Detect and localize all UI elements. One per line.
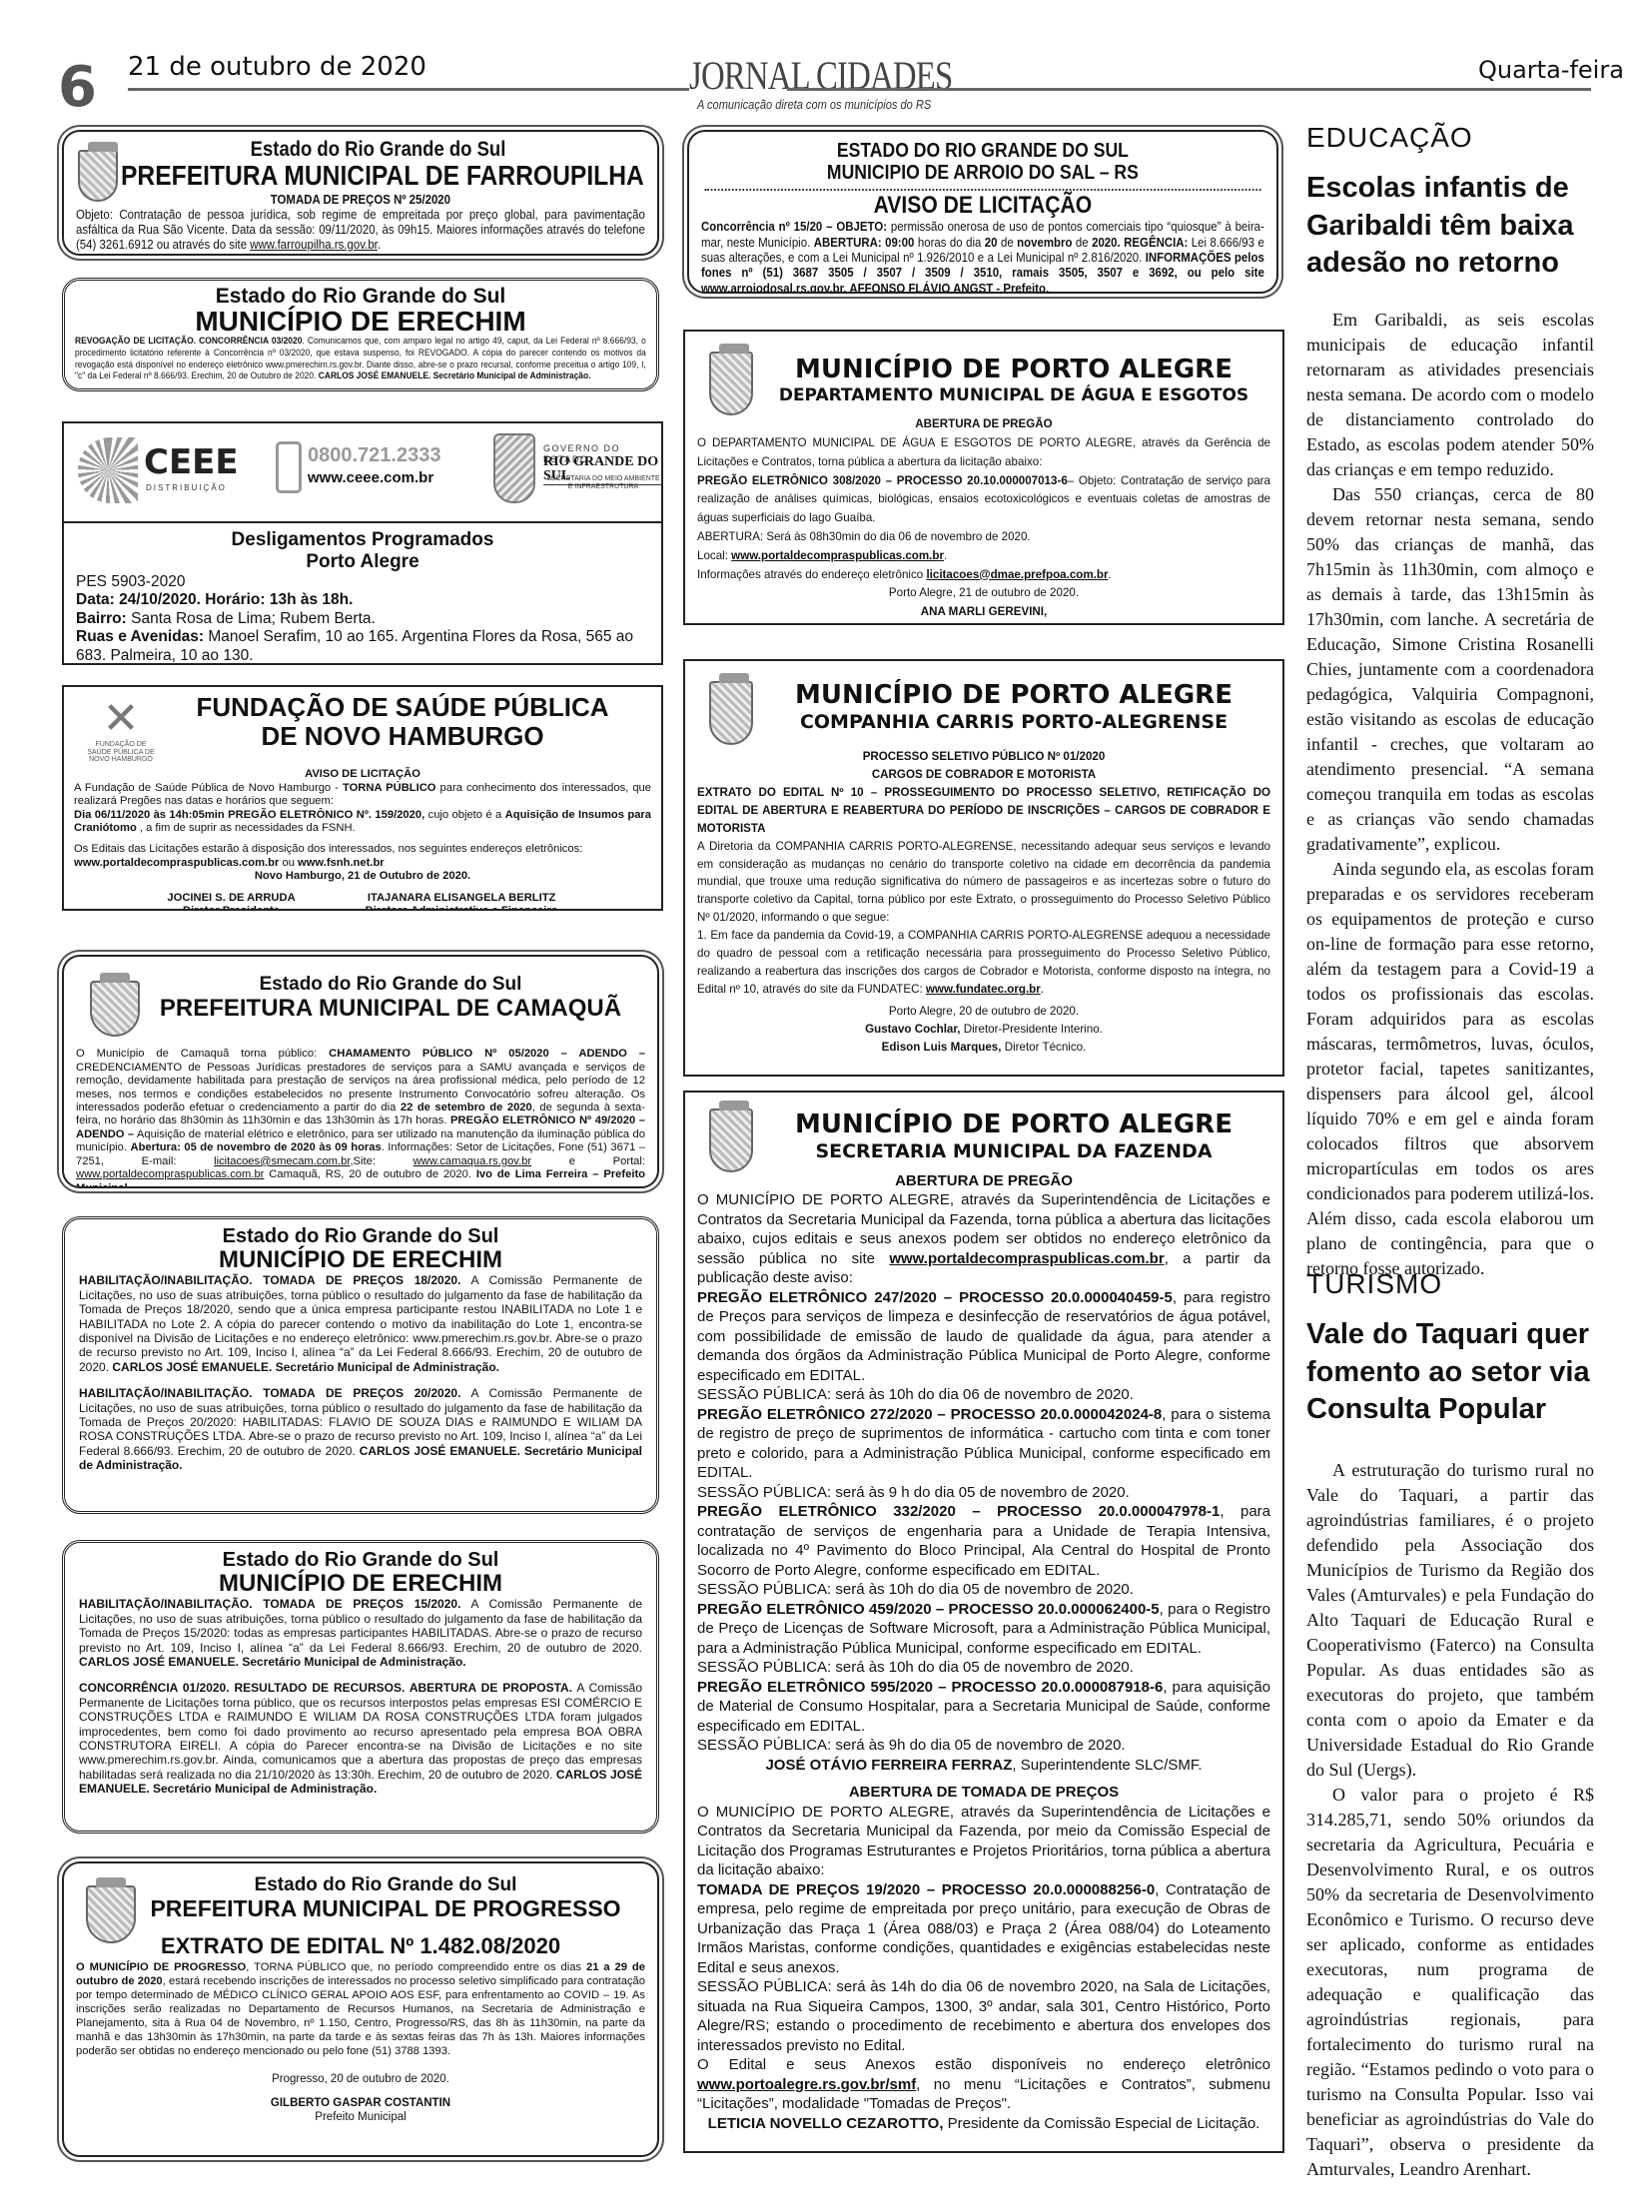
fsnh-logo-icon: ✕ (86, 697, 156, 741)
ad-progresso: Estado do Rio Grande do Sul PREFEITURA M… (62, 1861, 659, 2157)
ad-title: MUNICÍPIO DE PORTO ALEGRE (757, 681, 1270, 711)
ad-municipality: PREFEITURA MUNICIPAL DE CAMAQUÃ (136, 996, 645, 1022)
smf-link[interactable]: www.portoalegre.rs.gov.br/smf (697, 2076, 916, 2093)
ad-body: PROCESSO SELETIVO PÚBLICO Nº 01/2020 CAR… (697, 748, 1270, 1057)
farroupilha-link[interactable]: www.farroupilha.rs.gov.br (250, 237, 378, 252)
section-educacao: EDUCAÇÃO (1306, 124, 1473, 152)
ad-state: Estado do Rio Grande do Sul (79, 1225, 642, 1247)
ad-body: Objeto: Contratação de pessoa jurídica, … (76, 208, 645, 253)
ad-state: Estado do Rio Grande do Sul (79, 1549, 642, 1571)
ad-fsnh: ✕ FUNDAÇÃO DE SAÚDE PÚBLICA DE NOVO HAMB… (62, 685, 663, 911)
ad-body: O MUNICÍPIO DE PROGRESSO, TORNA PÚBLICO … (76, 1960, 645, 2058)
gov-line-3: SECRETARIA DO MEIO AMBIENTE E INFRAESTRU… (543, 475, 663, 492)
fundatec-link[interactable]: www.fundatec.org.br (926, 983, 1041, 996)
phone-icon (276, 441, 302, 493)
fazenda-portal-link[interactable]: www.portaldecompraspublicas.com.br (889, 1250, 1164, 1267)
camaqua-portal-link[interactable]: www.portaldecompraspublicas.com.br (76, 1168, 264, 1180)
ceee-body: PES 5903-2020 Data: 24/10/2020. Horário:… (76, 573, 649, 665)
ad-title: MUNICÍPIO DE PORTO ALEGRE (757, 356, 1270, 385)
issue-weekday: Quarta-feira (1478, 58, 1624, 82)
dmae-email-link[interactable]: licitacoes@dmae.prefpoa.com.br (926, 568, 1108, 581)
ad-body: Concorrência nº 15/20 – OBJETO: permissã… (701, 219, 1264, 294)
ad-body-2: HABILITAÇÃO/INABILITAÇÃO. TOMADA DE PREÇ… (79, 1386, 642, 1472)
camaqua-site-link[interactable]: www.camaqua.rs.gov.br (413, 1155, 532, 1167)
ceee-phone[interactable]: 0800.721.2333 (308, 445, 440, 465)
headline-turismo: Vale do Taquari quer fomento ao setor vi… (1306, 1316, 1606, 1429)
ad-municipality: MUNICÍPIO DE ERECHIM (75, 308, 646, 336)
ad-body-2: CONCORRÊNCIA 01/2020. RESULTADO DE RECUR… (79, 1681, 642, 1796)
newspaper-tagline: A comunicação direta com os municípios d… (697, 98, 931, 111)
ceee-title: Desligamentos Programados Porto Alegre (76, 529, 649, 573)
ad-body: ABERTURA DE PREGÃO O DEPARTAMENTO MUNICI… (697, 415, 1270, 625)
ad-municipality: MUNICIPIO DE ARROIO DO SAL – RS (701, 162, 1264, 184)
ad-body: O Município de Camaquã torna público: CH… (76, 1048, 645, 1188)
dmae-portal-link[interactable]: www.portaldecompraspublicas.com.br (731, 549, 944, 562)
ad-erechim-habilitacao-1: Estado do Rio Grande do Sul MUNICÍPIO DE… (62, 1216, 659, 1514)
ad-subtitle: TOMADA DE PREÇOS Nº 25/2020 (76, 192, 645, 208)
ad-body: ABERTURA DE PREGÃO O MUNICÍPIO DE PORTO … (697, 1171, 1270, 2134)
header-rule-right (787, 88, 1591, 91)
ceee-brand: CEEE (144, 445, 239, 479)
fsnh-title: FUNDAÇÃO DE SAÚDE PÚBLICA DE NOVO HAMBUR… (154, 693, 651, 750)
rs-government-crest-icon (493, 433, 535, 503)
headline-educacao: Escolas infantis de Garibaldi têm baixa … (1306, 170, 1606, 283)
pregao-item: PREGÃO ELETRÔNICO 332/2020 – PROCESSO 20… (697, 1502, 1270, 1600)
ad-state: Estado do Rio Grande do Sul (111, 138, 645, 161)
ad-poa-dmae: MUNICÍPIO DE PORTO ALEGRE DEPARTAMENTO M… (683, 330, 1284, 625)
ad-state: Estado do Rio Grande do Sul (126, 1875, 645, 1896)
ad-body-1: HABILITAÇÃO/INABILITAÇÃO. TOMADA DE PREÇ… (79, 1597, 642, 1669)
ceee-site[interactable]: www.ceee.com.br (308, 470, 433, 485)
ad-subtitle: EXTRATO DE EDITAL Nº 1.482.08/2020 (76, 1933, 645, 1960)
porto-alegre-crest-icon (709, 681, 753, 745)
ad-ceee: CEEE DISTRIBUIÇÃO 0800.721.2333 www.ceee… (62, 421, 663, 665)
ad-title: MUNICÍPIO DE PORTO ALEGRE (757, 1110, 1270, 1140)
pregao-item: PREGÃO ELETRÔNICO 459/2020 – PROCESSO 20… (697, 1600, 1270, 1678)
ad-state: Estado do Rio Grande do Sul (75, 285, 646, 308)
dotted-divider (705, 189, 1261, 191)
ad-subtitle: AVISO DE LICITAÇÃO (701, 193, 1264, 219)
ad-subtitle: SECRETARIA MUNICIPAL DA FAZENDA (757, 1140, 1270, 1163)
fsnh-link-site[interactable]: www.fsnh.net.br (298, 857, 385, 869)
ad-municipality: PREFEITURA MUNICIPAL DE PROGRESSO (126, 1896, 645, 1921)
section-turismo: TURISMO (1306, 1270, 1442, 1298)
porto-alegre-crest-icon (709, 1108, 753, 1172)
article-educacao: Em Garibaldi, as seis escolas municipais… (1306, 308, 1594, 1281)
camaqua-email-link[interactable]: licitacoes@smecam.com.br (214, 1155, 350, 1167)
ad-subtitle: COMPANHIA CARRIS PORTO-ALEGRENSE (757, 711, 1270, 734)
arroio-site-link[interactable]: www.arroiodosal.rs.gov.br (701, 281, 843, 294)
ad-poa-carris: MUNICÍPIO DE PORTO ALEGRE COMPANHIA CARR… (683, 659, 1284, 1077)
ad-arroio-do-sal: ESTADO DO RIO GRANDE DO SUL MUNICIPIO DE… (687, 130, 1278, 294)
ad-poa-fazenda: MUNICÍPIO DE PORTO ALEGRE SECRETARIA MUN… (683, 1091, 1284, 2153)
pregao-item: PREGÃO ELETRÔNICO 272/2020 – PROCESSO 20… (697, 1405, 1270, 1503)
fsnh-signatures: JOCINEI S. DE ARRUDADiretor Presidente I… (74, 892, 651, 911)
porto-alegre-crest-icon (709, 352, 753, 415)
pregao-item: PREGÃO ELETRÔNICO 595/2020 – PROCESSO 20… (697, 1678, 1270, 1756)
ad-state: ESTADO DO RIO GRANDE DO SUL (701, 140, 1264, 162)
ad-farroupilha: Estado do Rio Grande do Sul PREFEITURA M… (62, 130, 659, 256)
fsnh-link-portal[interactable]: www.portaldecompraspublicas.com.br (74, 857, 279, 869)
ad-municipality: PREFEITURA MUNICIPAL DE FARROUPILHA (120, 161, 645, 192)
ceee-brand-sub: DISTRIBUIÇÃO (146, 483, 227, 493)
camaqua-crest-icon (90, 981, 140, 1037)
ad-municipality: MUNICÍPIO DE ERECHIM (79, 1571, 642, 1597)
header-rule-left (128, 88, 689, 91)
fsnh-body: AVISO DE LICITAÇÃO A Fundação de Saúde P… (74, 768, 651, 911)
ad-camaqua: Estado do Rio Grande do Sul PREFEITURA M… (62, 955, 659, 1188)
ad-municipality: MUNICÍPIO DE ERECHIM (79, 1247, 642, 1273)
ad-body: REVOGAÇÃO DE LICITAÇÃO. CONCORRÊNCIA 03/… (75, 336, 646, 382)
page-number: 6 (58, 60, 95, 116)
ad-erechim-habilitacao-2: Estado do Rio Grande do Sul MUNICÍPIO DE… (62, 1540, 659, 1834)
ad-subtitle: DEPARTAMENTO MUNICIPAL DE ÁGUA E ESGOTOS (757, 385, 1270, 405)
ad-state: Estado do Rio Grande do Sul (136, 975, 645, 996)
fsnh-logo: ✕ FUNDAÇÃO DE SAÚDE PÚBLICA DE NOVO HAMB… (86, 697, 156, 777)
ceee-logo-icon (78, 437, 138, 503)
progresso-crest-icon (86, 1885, 136, 1943)
ad-body-1: HABILITAÇÃO/INABILITAÇÃO. TOMADA DE PREÇ… (79, 1273, 642, 1374)
issue-date: 21 de outubro de 2020 (128, 54, 426, 80)
ad-erechim-revogacao: Estado do Rio Grande do Sul MUNICÍPIO DE… (62, 278, 659, 391)
ceee-header: CEEE DISTRIBUIÇÃO 0800.721.2333 www.ceee… (64, 423, 661, 523)
pregao-item: PREGÃO ELETRÔNICO 247/2020 – PROCESSO 20… (697, 1288, 1270, 1405)
article-turismo: A estruturação do turismo rural no Vale … (1306, 1458, 1594, 2182)
